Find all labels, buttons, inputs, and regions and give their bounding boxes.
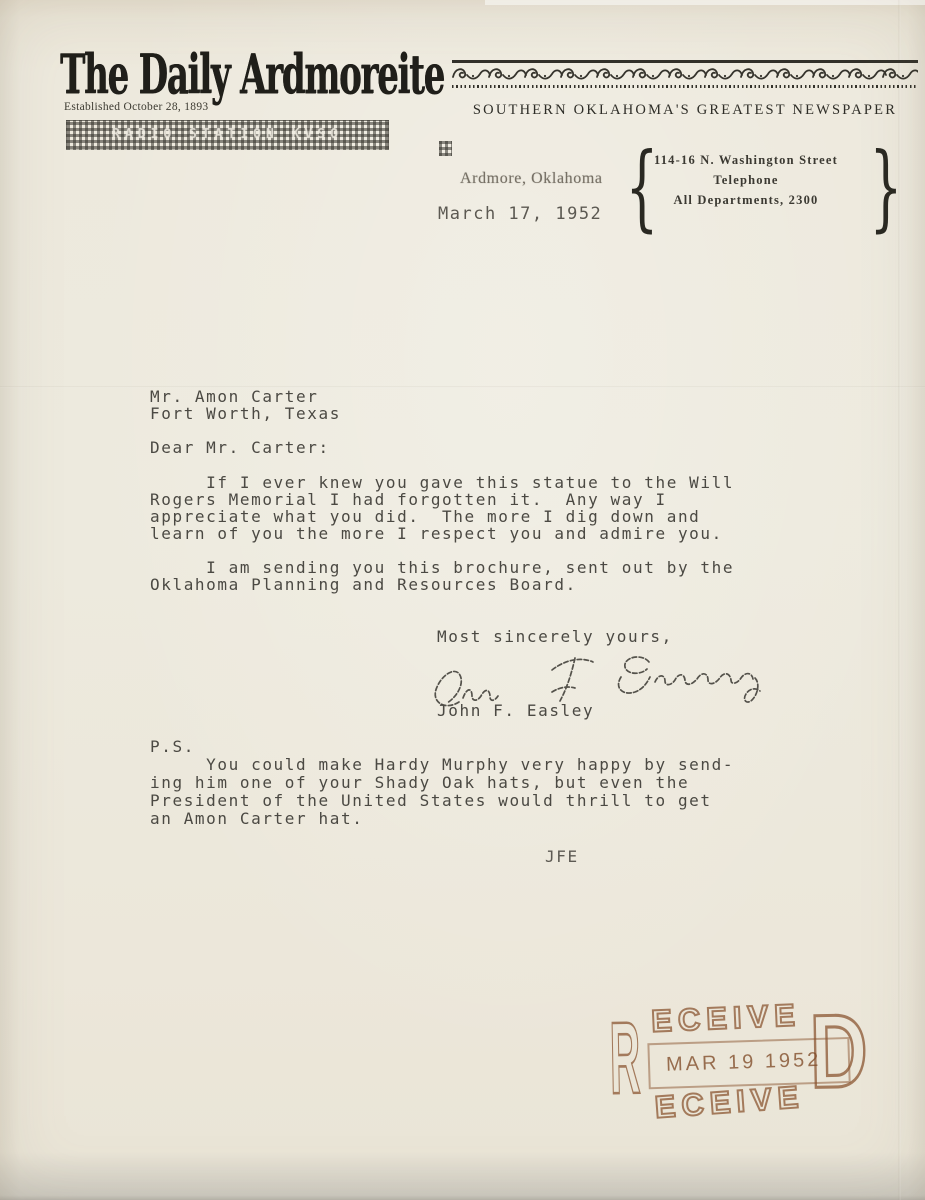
received-stamp: R D ECEIVE MAR 19 1952 ECEIVE [611,993,899,1130]
body-line: If I ever knew you gave this statue to t… [150,474,734,491]
body-line: Oklahoma Planning and Resources Board. [150,576,577,593]
stamp-date-box: MAR 19 1952 [647,1037,850,1089]
ps-line: ing him one of your Shady Oak hats, but … [150,774,689,791]
city-line: Ardmore, Oklahoma [460,170,603,188]
body-line: appreciate what you did. The more I dig … [150,508,700,525]
typist-initials: JFE [545,848,579,865]
border-dotted-rule [452,85,918,89]
body-line: I am sending you this brochure, sent out… [150,559,734,576]
scan-edge-top [485,0,925,5]
scroll-ornament-border [452,64,918,84]
decorative-border [452,60,918,88]
radio-station-overprint-band: RADIO STATION KVSO [66,120,389,150]
address-bracket-right: } [869,140,902,236]
address-departments: All Departments, 2300 [644,190,848,210]
newspaper-masthead-title: The Daily Ardmoreite [60,46,444,102]
paper-crease-horizontal [0,386,925,388]
ps-line: President of the United States would thr… [150,792,712,809]
radio-station-text: RADIO STATION KVSO [67,121,388,149]
address-block: 114-16 N. Washington Street Telephone Al… [644,150,848,210]
address-street: 114-16 N. Washington Street [644,150,848,170]
body-line: Rogers Memorial I had forgotten it. Any … [150,491,667,508]
salutation: Dear Mr. Carter: [150,439,330,456]
recipient-name: Mr. Amon Carter [150,388,319,405]
stamp-date: MAR 19 1952 [666,1049,822,1077]
ps-label: P.S. [150,738,195,755]
ink-fragment [439,141,452,156]
typed-signature-name: John F. Easley [437,702,594,719]
letter-date: March 17, 1952 [438,204,602,224]
recipient-city: Fort Worth, Texas [150,405,341,422]
address-telephone-label: Telephone [644,170,848,190]
body-line: learn of you the more I respect you and … [150,525,723,542]
newspaper-motto: SOUTHERN OKLAHOMA'S GREATEST NEWSPAPER [452,102,918,119]
border-top-rule [452,60,918,63]
scanned-letter-page: The Daily Ardmoreite Established October… [0,0,925,1200]
ps-line: an Amon Carter hat. [150,810,363,827]
stamp-letter-r: R [609,1007,641,1110]
ps-line: You could make Hardy Murphy very happy b… [150,756,734,773]
stamp-word-top: ECEIVE [651,997,802,1039]
established-date-line: Established October 28, 1893 [64,101,208,113]
